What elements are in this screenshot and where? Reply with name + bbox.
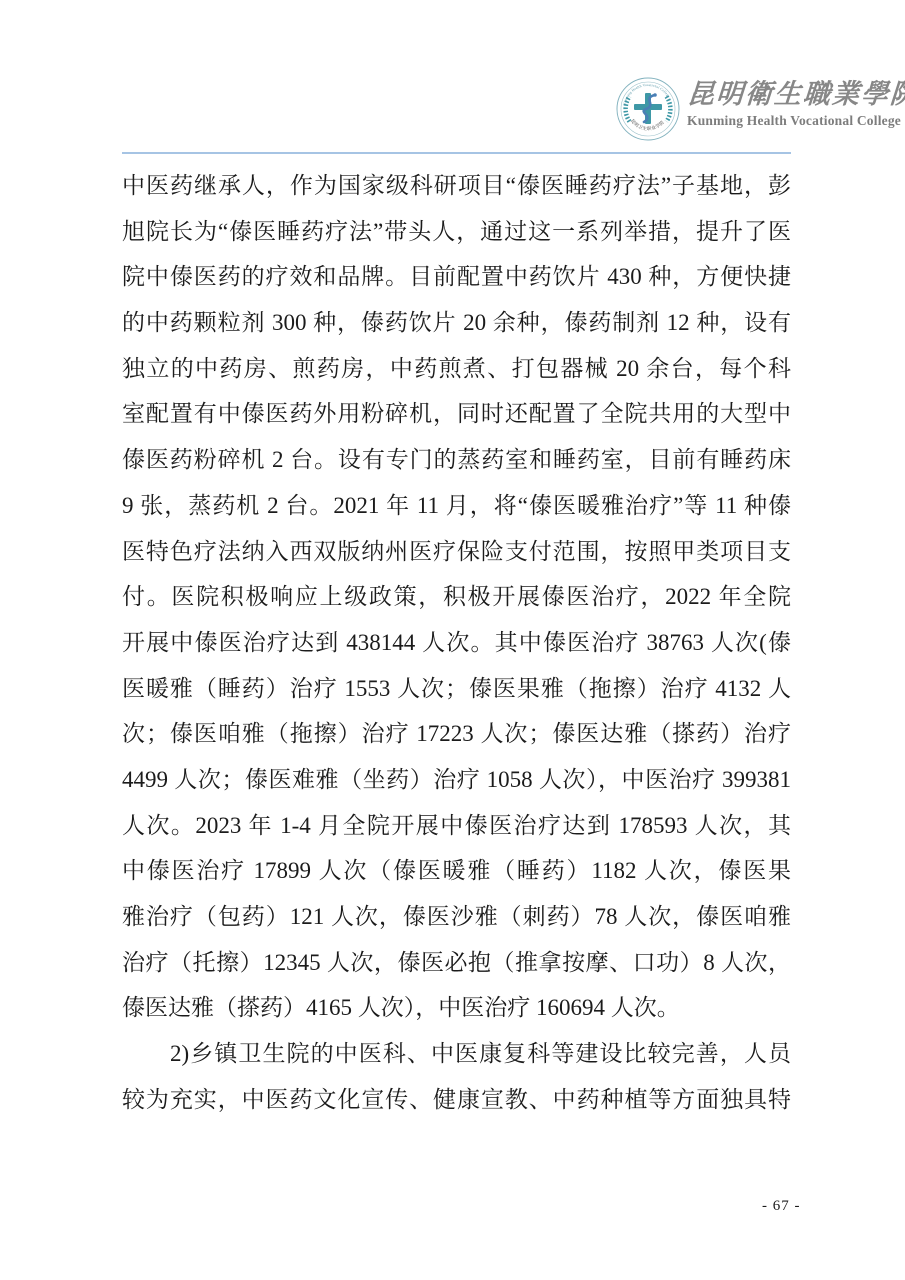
document-body: 中医药继承人，作为国家级科研项目“傣医睡药疗法”子基地，彭 旭院长为“傣医睡药疗…	[122, 163, 791, 1122]
header-college-name: 昆明衛生職業學院 Kunming Health Vocational Colle…	[687, 80, 902, 129]
text-line: 傣医达雅（搽药）4165 人次），中医治疗 160694 人次。	[122, 985, 791, 1031]
text-line: 独立的中药房、煎药房，中药煎煮、打包器械 20 余台，每个科	[122, 346, 791, 392]
text-line: 9 张，蒸药机 2 台。2021 年 11 月，将“傣医暖雅治疗”等 11 种傣	[122, 483, 791, 529]
college-name-english: Kunming Health Vocational College	[687, 113, 902, 129]
college-seal-logo: Kunming Health Vocational College 昆明卫生职业…	[615, 76, 681, 142]
text-line: 医暖雅（睡药）治疗 1553 人次；傣医果雅（拖擦）治疗 4132 人	[122, 666, 791, 712]
page-number: - 67 -	[762, 1198, 801, 1215]
text-line: 治疗（托擦）12345 人次，傣医必抱（推拿按摩、口功）8 人次，	[122, 940, 791, 986]
header-divider-line	[122, 152, 791, 154]
text-line: 人次。2023 年 1-4 月全院开展中傣医治疗达到 178593 人次，其	[122, 803, 791, 849]
text-line: 旭院长为“傣医睡药疗法”带头人，通过这一系列举措，提升了医	[122, 209, 791, 255]
text-line: 中傣医治疗 17899 人次（傣医暖雅（睡药）1182 人次，傣医果	[122, 848, 791, 894]
text-line: 次；傣医咱雅（拖擦）治疗 17223 人次；傣医达雅（搽药）治疗	[122, 711, 791, 757]
text-line: 付。医院积极响应上级政策，积极开展傣医治疗，2022 年全院	[122, 574, 791, 620]
document-page: Kunming Health Vocational College 昆明卫生职业…	[0, 0, 905, 1280]
text-line: 的中药颗粒剂 300 种，傣药饮片 20 余种，傣药制剂 12 种，设有	[122, 300, 791, 346]
college-name-calligraphy: 昆明衛生職業學院	[686, 80, 903, 110]
text-line: 傣医药粉碎机 2 台。设有专门的蒸药室和睡药室，目前有睡药床	[122, 437, 791, 483]
text-line-paragraph-start: 2)乡镇卫生院的中医科、中医康复科等建设比较完善，人员	[122, 1031, 791, 1077]
college-seal-icon: Kunming Health Vocational College 昆明卫生职业…	[615, 76, 681, 142]
cross-snake-icon	[634, 93, 662, 124]
text-line: 雅治疗（包药）121 人次，傣医沙雅（刺药）78 人次，傣医咱雅	[122, 894, 791, 940]
text-line: 中医药继承人，作为国家级科研项目“傣医睡药疗法”子基地，彭	[122, 163, 791, 209]
text-line: 开展中傣医治疗达到 438144 人次。其中傣医治疗 38763 人次(傣	[122, 620, 791, 666]
text-line: 医特色疗法纳入西双版纳州医疗保险支付范围，按照甲类项目支	[122, 529, 791, 575]
text-line: 院中傣医药的疗效和品牌。目前配置中药饮片 430 种，方便快捷	[122, 254, 791, 300]
text-line: 较为充实，中医药文化宣传、健康宣教、中药种植等方面独具特	[122, 1077, 791, 1123]
text-line: 室配置有中傣医药外用粉碎机，同时还配置了全院共用的大型中	[122, 391, 791, 437]
text-line: 4499 人次；傣医难雅（坐药）治疗 1058 人次），中医治疗 399381	[122, 757, 791, 803]
